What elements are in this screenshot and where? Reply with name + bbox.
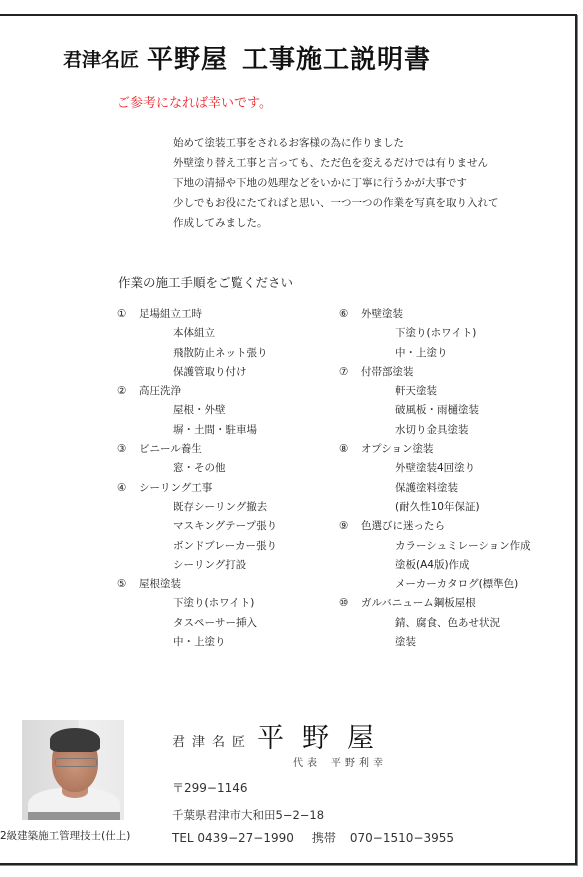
title-name: 平野屋 xyxy=(147,45,228,75)
step-number: ⑨ xyxy=(339,517,361,536)
step-subitem: 破風板・雨樋塗装 xyxy=(339,401,531,420)
step-item: ⑤屋根塗装 xyxy=(117,575,277,594)
title-main: 工事施工説明書 xyxy=(242,45,431,75)
intro-line: 外壁塗り替え工事と言っても、ただ色を変えるだけでは有りません xyxy=(173,153,499,173)
postal-code: 〒299−1146 xyxy=(172,779,248,796)
step-subitem: メーカーカタログ(標準色) xyxy=(339,575,531,594)
step-item: ⑧オプション塗装 xyxy=(339,440,531,459)
step-subitem: 外壁塗装4回塗り xyxy=(339,459,531,478)
rep-name: 平野利幸 xyxy=(331,758,387,769)
step-label: オプション塗装 xyxy=(361,443,434,455)
step-item: ②高圧洗浄 xyxy=(117,382,277,401)
step-label: 外壁塗装 xyxy=(361,308,403,320)
step-subitem: シーリング打設 xyxy=(117,556,277,575)
step-subitem: 塗板(A4版)作成 xyxy=(339,556,531,575)
step-label: 付帯部塗装 xyxy=(361,366,414,378)
subtitle: ご参考になれば幸いです。 xyxy=(117,92,272,111)
representative: 代表平野利幸 xyxy=(293,754,387,769)
telephone: TEL 0439−27−1990 xyxy=(172,831,294,845)
step-item: ④シーリング工事 xyxy=(117,479,277,498)
step-subitem: マスキングテープ張り xyxy=(117,517,277,536)
qualification-label: 2級建築施工管理技士(仕上) xyxy=(0,828,130,843)
step-subitem: 屋根・外壁 xyxy=(117,401,277,420)
steps-right-column: ⑥外壁塗装 下塗り(ホワイト) 中・上塗り ⑦付帯部塗装 軒天塗装 破風板・雨樋… xyxy=(339,305,531,652)
mobile-number: 070−1510−3955 xyxy=(350,831,454,845)
section-heading: 作業の施工手順をご覧ください xyxy=(118,273,293,291)
step-number: ④ xyxy=(117,479,139,498)
representative-photo xyxy=(22,720,124,820)
business-name: 平野屋 xyxy=(257,716,392,755)
step-item: ⑥外壁塗装 xyxy=(339,305,531,324)
step-item: ⑦付帯部塗装 xyxy=(339,363,531,382)
step-label: ビニール養生 xyxy=(139,443,202,455)
step-item: ①足場組立工時 xyxy=(117,305,277,324)
step-label: シーリング工事 xyxy=(139,482,212,494)
step-number: ② xyxy=(117,382,139,401)
step-subitem: タスペーサー挿入 xyxy=(117,614,277,633)
step-subitem: 本体組立 xyxy=(117,324,277,343)
contact-line: TEL 0439−27−1990携帯070−1510−3955 xyxy=(172,829,454,846)
step-subitem: 下塗り(ホワイト) xyxy=(117,594,277,613)
step-subitem: 塀・土間・駐車場 xyxy=(117,421,277,440)
step-item: ⑨色選びに迷ったら xyxy=(339,517,531,536)
intro-line: 作成してみました。 xyxy=(173,213,499,233)
step-number: ⑥ xyxy=(339,305,361,324)
step-subitem: 窓・その他 xyxy=(117,459,277,478)
step-number: ⑤ xyxy=(117,575,139,594)
step-subitem: ボンドブレーカー張り xyxy=(117,537,277,556)
step-subitem: 軒天塗装 xyxy=(339,382,531,401)
title-prefix: 君津名匠 xyxy=(63,49,139,71)
step-subitem: 保護管取り付け xyxy=(117,363,277,382)
rep-title: 代表 xyxy=(293,758,321,769)
intro-line: 下地の清掃や下地の処理などをいかに丁寧に行うかが大事です xyxy=(173,173,499,193)
step-label: 屋根塗装 xyxy=(139,578,181,590)
step-item: ③ビニール養生 xyxy=(117,440,277,459)
step-subitem: 塗装 xyxy=(339,633,531,652)
step-label: 高圧洗浄 xyxy=(139,385,181,397)
address: 千葉県君津市大和田5−2−18 xyxy=(172,807,324,823)
step-number: ① xyxy=(117,305,139,324)
step-number: ⑧ xyxy=(339,440,361,459)
step-subitem: 錆、腐食、色あせ状況 xyxy=(339,614,531,633)
intro-line: 始めて塗装工事をされるお客様の為に作りました xyxy=(173,133,499,153)
step-item: ⑩ガルバニューム鋼板屋根 xyxy=(339,594,531,613)
step-number: ⑩ xyxy=(339,594,361,613)
step-subitem: (耐久性10年保証) xyxy=(339,498,531,517)
step-label: 足場組立工時 xyxy=(139,308,202,320)
business-prefix: 君津名匠 xyxy=(172,731,252,750)
step-subitem: 水切り金具塗装 xyxy=(339,421,531,440)
step-subitem: 保護塗料塗装 xyxy=(339,479,531,498)
step-subitem: 既存シーリング撤去 xyxy=(117,498,277,517)
step-subitem: 中・上塗り xyxy=(117,633,277,652)
steps-left-column: ①足場組立工時 本体組立 飛散防止ネット張り 保護管取り付け ②高圧洗浄 屋根・… xyxy=(117,305,277,652)
page-title: 君津名匠平野屋工事施工説明書 xyxy=(63,39,431,76)
step-number: ⑦ xyxy=(339,363,361,382)
step-subitem: カラーシュミレーション作成 xyxy=(339,537,531,556)
step-subitem: 下塗り(ホワイト) xyxy=(339,324,531,343)
intro-line: 少しでもお役にたてればと思い、一つ一つの作業を写真を取り入れて xyxy=(173,193,499,213)
step-subitem: 中・上塗り xyxy=(339,344,531,363)
intro-text: 始めて塗装工事をされるお客様の為に作りました 外壁塗り替え工事と言っても、ただ色… xyxy=(173,133,499,233)
step-subitem: 飛散防止ネット張り xyxy=(117,344,277,363)
step-label: ガルバニューム鋼板屋根 xyxy=(361,597,476,609)
step-number: ③ xyxy=(117,440,139,459)
mobile-label: 携帯 xyxy=(312,831,336,845)
step-label: 色選びに迷ったら xyxy=(361,520,445,532)
